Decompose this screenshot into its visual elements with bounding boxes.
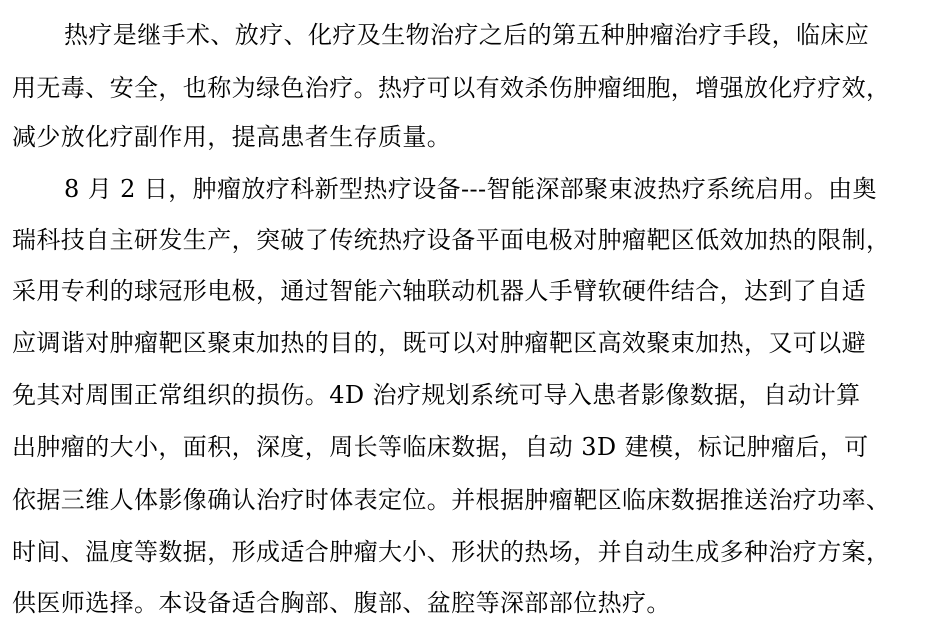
text-line: 8 月 2 日，肿瘤放疗科新型热疗设备---智能深部聚束波热疗系统启用。由奥: [64, 169, 877, 209]
text-line: 免其对周围正常组织的损伤。4D 治疗规划系统可导入患者影像数据，自动计算: [12, 375, 861, 415]
text-line: 应调谐对肿瘤靶区聚束加热的目的，既可以对肿瘤靶区高效聚束加热，又可以避: [12, 323, 866, 363]
text-line: 出肿瘤的大小，面积，深度，周长等临床数据，自动 3D 建模，标记肿瘤后，可: [12, 427, 869, 467]
text-line: 瑞科技自主研发生产，突破了传统热疗设备平面电极对肿瘤靶区低效加热的限制，: [12, 220, 890, 260]
text-line: 依据三维人体影像确认治疗时体表定位。并根据肿瘤靶区临床数据推送治疗功率、: [12, 480, 890, 520]
text-line: 热疗是继手术、放疗、化疗及生物治疗之后的第五种肿瘤治疗手段，临床应: [64, 15, 869, 55]
text-line: 采用专利的球冠形电极，通过智能六轴联动机器人手臂软硬件结合，达到了自适: [12, 271, 866, 311]
text-line: 减少放化疗副作用，提高患者生存质量。: [12, 117, 451, 157]
text-line: 供医师选择。本设备适合胸部、腹部、盆腔等深部部位热疗。: [12, 583, 671, 623]
text-line: 时间、温度等数据，形成适合肿瘤大小、形状的热场，并自动生成多种治疗方案，: [12, 532, 890, 572]
text-line: 用无毒、安全，也称为绿色治疗。热疗可以有效杀伤肿瘤细胞，增强放化疗疗效，: [12, 68, 890, 108]
